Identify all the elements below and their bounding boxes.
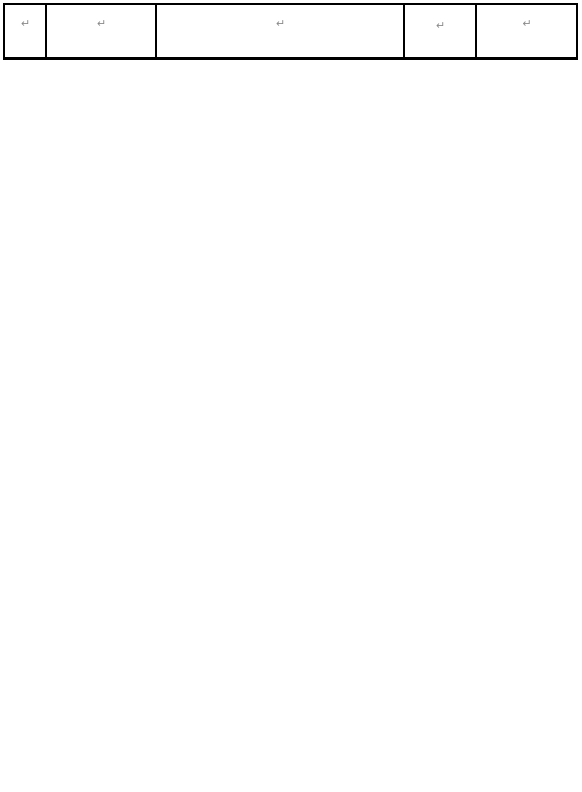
col-header-leader xyxy=(404,4,476,58)
col-header-college xyxy=(476,4,577,58)
col-header-category xyxy=(46,4,156,58)
paragraph-mark-icon xyxy=(435,17,445,32)
paragraph-mark-icon xyxy=(275,14,285,31)
document-page xyxy=(0,0,582,792)
paragraph-mark-icon xyxy=(20,14,30,31)
paragraph-mark-icon xyxy=(521,14,531,31)
col-header-no xyxy=(4,4,46,58)
col-header-name xyxy=(156,4,404,58)
paragraph-mark-icon xyxy=(96,14,106,31)
header-row xyxy=(4,4,577,58)
projects-table xyxy=(3,3,578,60)
